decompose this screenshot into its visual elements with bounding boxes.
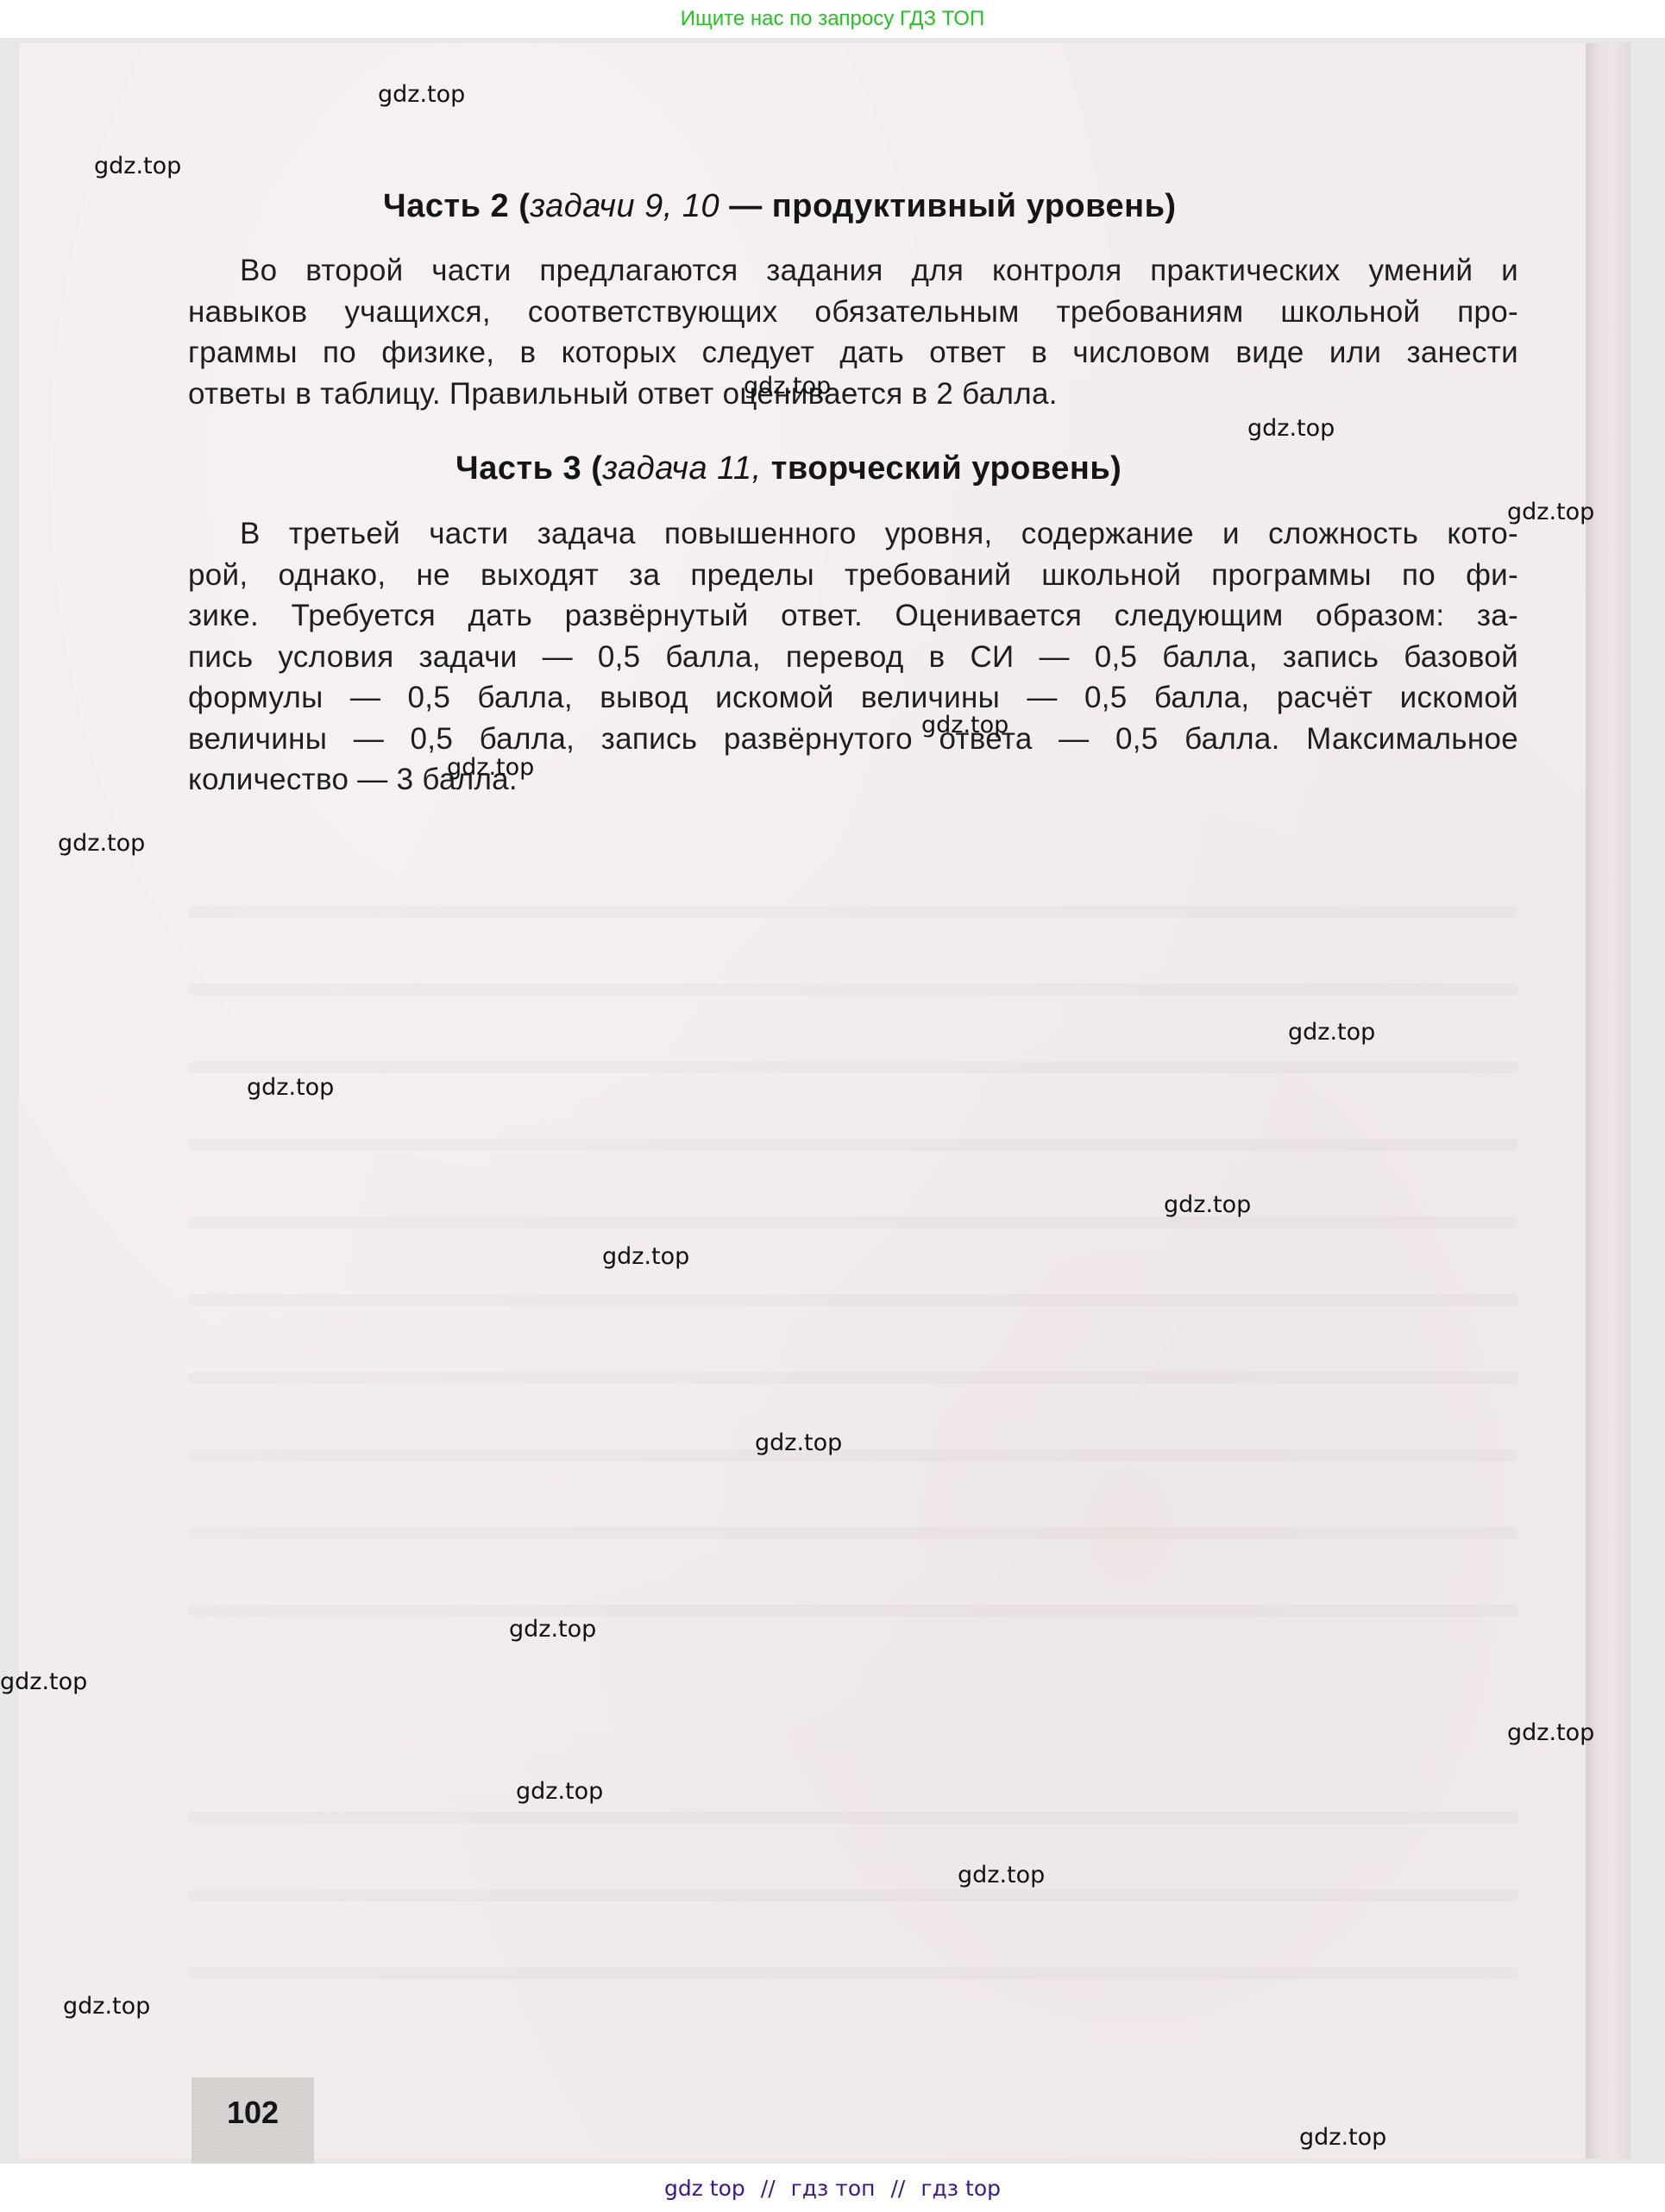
watermark: gdz.top [1164, 1193, 1251, 1216]
watermark: gdz.top [958, 1863, 1045, 1887]
bottom-banner: gdz top // гдз топ // гдз top [0, 2164, 1665, 2212]
watermark: gdz.top [921, 713, 1008, 737]
page-edge [1630, 43, 1665, 2159]
bottom-link-gdz-top-cyrillic[interactable]: гдз топ [791, 2176, 876, 2201]
watermark: gdz.top [1507, 500, 1594, 524]
watermark: gdz.top [94, 154, 181, 178]
paragraph-line: ответы в таблицу. Правильный ответ оцени… [188, 374, 1518, 415]
bleed-through-line [188, 906, 1518, 918]
watermark: gdz.top [509, 1618, 596, 1641]
search-prompt-link[interactable]: Ищите нас по запросу ГДЗ ТОП [681, 7, 984, 31]
separator: // [891, 2176, 906, 2201]
paragraph-line: Во второй части предлагаются задания для… [188, 250, 1518, 292]
watermark: gdz.top [1299, 2126, 1386, 2149]
bleed-through-line [188, 1527, 1518, 1539]
bleed-through-line [188, 1294, 1518, 1306]
paragraph-line: количество — 3 балла. [188, 759, 1518, 801]
paragraph-line: зике. Требуется дать развёрнутый ответ. … [188, 595, 1518, 637]
part3-heading: Часть 3 (задача 11, творческий уровень) [456, 450, 1122, 487]
book-page: Часть 2 (задачи 9, 10 — продуктивный уро… [19, 43, 1605, 2159]
bottom-link-gdz-top[interactable]: gdz top [664, 2176, 745, 2201]
paragraph-line: навыков учащихся, соответствующих обязат… [188, 292, 1518, 333]
watermark: gdz.top [1507, 1721, 1594, 1744]
paragraph-line: граммы по физике, в которых следует дать… [188, 332, 1518, 374]
watermark: gdz.top [63, 1995, 150, 2018]
watermark: gdz.top [1288, 1021, 1375, 1044]
paragraph-line: В третьей части задача повышенного уровн… [188, 513, 1518, 555]
bleed-through-line [188, 1449, 1518, 1461]
paragraph-line: рой, однако, не выходят за пределы требо… [188, 555, 1518, 596]
scanned-page-frame: Часть 2 (задачи 9, 10 — продуктивный уро… [0, 38, 1665, 2164]
watermark: gdz.top [516, 1780, 603, 1803]
watermark: gdz.top [755, 1431, 842, 1455]
bleed-through-line [188, 1812, 1518, 1824]
bleed-through-line [188, 1605, 1518, 1617]
part3-paragraph: В третьей части задача повышенного уровн… [188, 513, 1518, 801]
watermark: gdz.top [447, 756, 534, 779]
watermark: gdz.top [378, 83, 465, 106]
paragraph-line: формулы — 0,5 балла, вывод искомой велич… [188, 677, 1518, 719]
separator: // [761, 2176, 776, 2201]
bleed-through-line [188, 1139, 1518, 1151]
bleed-through-line [188, 1889, 1518, 1901]
watermark: gdz.top [602, 1245, 689, 1268]
bleed-through-line [188, 1216, 1518, 1229]
part2-heading: Часть 2 (задачи 9, 10 — продуктивный уро… [383, 188, 1177, 225]
watermark: gdz.top [247, 1076, 334, 1099]
page-number: 102 [192, 2095, 314, 2131]
watermark: gdz.top [0, 1670, 87, 1694]
page-fold-shadow [1586, 43, 1630, 2159]
bottom-link-gdz-top-mixed[interactable]: гдз top [920, 2176, 1001, 2201]
bleed-through-line [188, 1372, 1518, 1384]
watermark: gdz.top [744, 374, 831, 398]
watermark: gdz.top [58, 832, 145, 855]
part2-paragraph: Во второй части предлагаются задания для… [188, 250, 1518, 414]
bleed-through-line [188, 1967, 1518, 1979]
bleed-through-line [188, 1061, 1518, 1073]
top-banner: Ищите нас по запросу ГДЗ ТОП [0, 0, 1665, 38]
paragraph-line: пись условия задачи — 0,5 балла, перевод… [188, 637, 1518, 678]
bleed-through-line [188, 983, 1518, 996]
paragraph-line: величины — 0,5 балла, запись развёрнутог… [188, 719, 1518, 760]
watermark: gdz.top [1247, 417, 1335, 440]
